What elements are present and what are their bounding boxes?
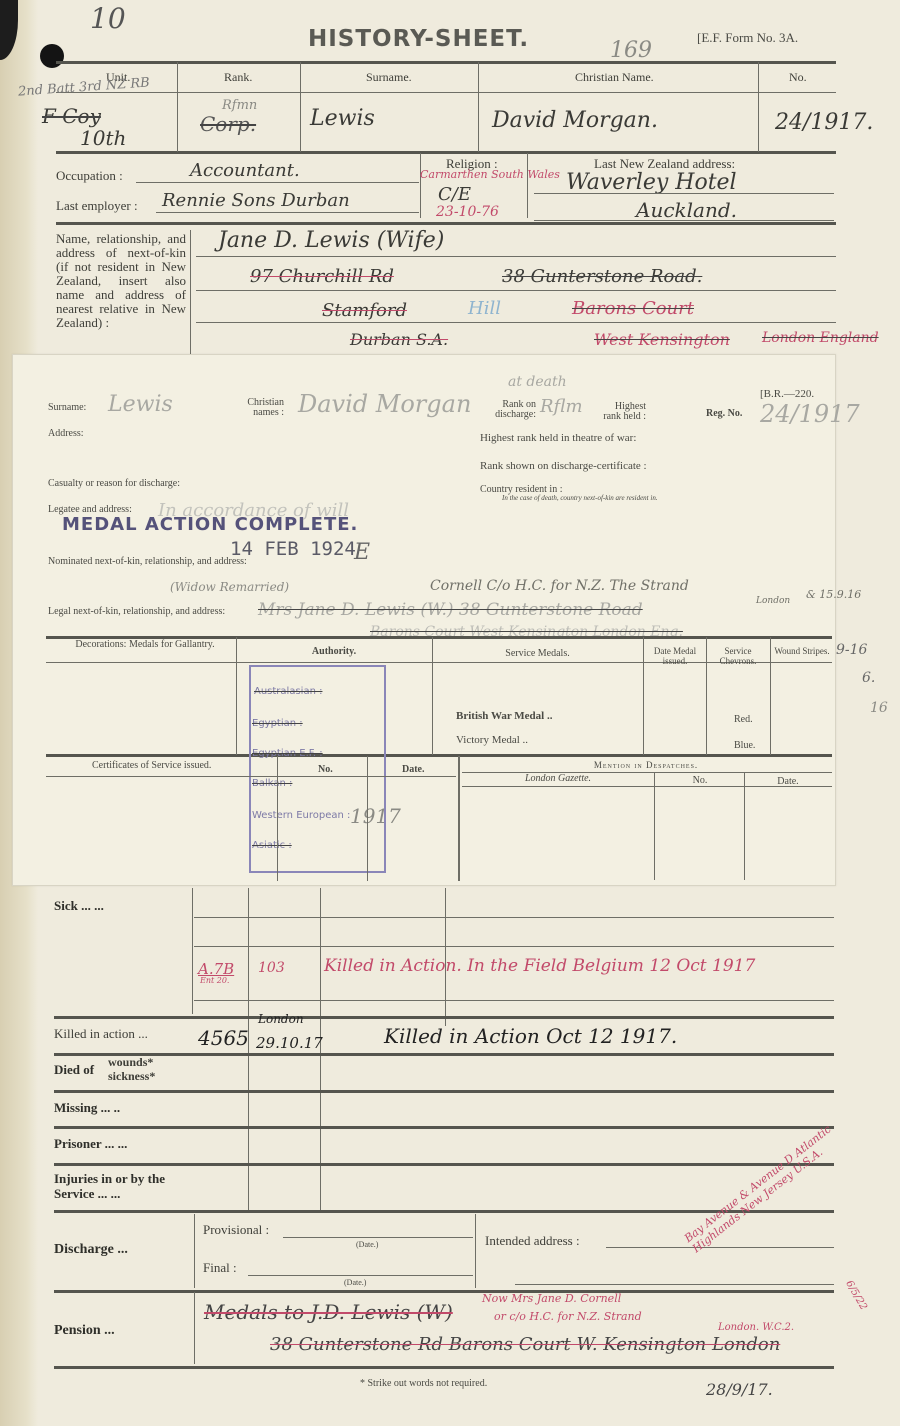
col-header-rank: Rank.: [224, 70, 252, 85]
divider: [56, 92, 836, 93]
field-underline: [283, 1237, 473, 1238]
divider: [194, 946, 834, 947]
next-of-kin-line4-new: West Kensington: [594, 330, 730, 349]
card-rank-value: Rflm: [540, 396, 583, 417]
legal-line-top: Cornell C/o H.C. for N.Z. The Strand: [430, 578, 689, 594]
sick-label: Sick ... ...: [54, 898, 104, 914]
pension-label: Pension ...: [54, 1323, 115, 1339]
divider: [462, 786, 832, 787]
provisional-label: Provisional :: [203, 1222, 269, 1238]
divider: [54, 1090, 834, 1093]
col-header-surname: Surname.: [366, 70, 412, 85]
brace: [194, 1292, 195, 1364]
card-nominated-label: Nominated next-of-kin, relationship, and…: [48, 556, 247, 567]
field-underline: [534, 220, 834, 221]
field-underline: [515, 1284, 834, 1285]
field-underline: [534, 193, 834, 194]
medal-victory: Victory Medal ..: [456, 734, 528, 746]
next-of-kin-line2-new: 38 Gunterstone Road.: [502, 266, 702, 287]
number-value: 24/1917.: [775, 110, 873, 135]
brace: [190, 230, 191, 354]
footnote: * Strike out words not required.: [360, 1378, 487, 1389]
medal-action-stamp: MEDAL ACTION COMPLETE.: [62, 514, 358, 535]
divider: [54, 1290, 834, 1293]
field-underline: [156, 212, 419, 213]
divider: [46, 776, 456, 777]
card-legal-label: Legal next-of-kin, relationship, and add…: [48, 606, 225, 617]
divider: [475, 1214, 476, 1288]
next-of-kin-line4-struck: Durban S.A.: [350, 330, 448, 349]
kia-ref: 4565: [198, 1026, 249, 1050]
col-chevrons: Service Chevrons.: [708, 646, 768, 666]
col-date-issued: Date Medal issued.: [645, 646, 705, 666]
card-reg-no-value: 24/1917: [760, 400, 860, 428]
page-title: HISTORY-SHEET.: [308, 26, 529, 52]
divider: [54, 1016, 834, 1019]
next-of-kin-line4-end: London England: [762, 330, 879, 346]
rank-struck: Corp.: [200, 112, 256, 136]
died-of-wounds: wounds*: [108, 1055, 153, 1070]
divider: [56, 61, 836, 64]
card-address-label: Address:: [48, 428, 84, 439]
authority-egyptian-ef: Egyptian E.F. :: [252, 748, 323, 759]
despatches-title: Mention in Despatches.: [460, 760, 832, 770]
injuries-label: Injuries in or by the Service ... ...: [54, 1171, 194, 1201]
card-reg-no-label: Reg. No.: [706, 408, 742, 419]
birth-date: 23-10-76: [436, 204, 499, 220]
col-cert-date: Date.: [402, 764, 425, 775]
next-of-kin-line2-struck: 97 Churchill Rd: [250, 266, 394, 287]
divider: [478, 62, 479, 152]
pension-line2: 38 Gunterstone Rd Barons Court W. Kensin…: [270, 1334, 780, 1355]
divider: [54, 1163, 834, 1166]
col-certificates: Certificates of Service issued.: [92, 760, 211, 771]
field-underline: [606, 1247, 834, 1248]
discharge-label: Discharge ...: [54, 1242, 128, 1258]
unit-value-2: 10th: [80, 126, 126, 150]
col-london-gazette: London Gazette.: [462, 773, 654, 784]
pension-line1: Medals to J.D. Lewis (W): [204, 1300, 453, 1324]
field-underline: [248, 1275, 473, 1276]
field-underline: [136, 182, 419, 183]
legal-date: & 15.9.16: [806, 588, 861, 601]
legal-line-top-2: London: [756, 596, 790, 606]
card-christian-value: David Morgan: [298, 390, 471, 418]
employer-value: Rennie Sons Durban: [162, 190, 350, 211]
prisoner-label: Prisoner ... ...: [54, 1136, 127, 1152]
form-number: [E.F. Form No. 3A.: [697, 30, 798, 46]
col-wound-stripes: Wound Stripes.: [772, 646, 832, 656]
next-of-kin-line3-blue: Hill: [468, 298, 501, 319]
next-of-kin-line3-struck: Stamford: [322, 300, 407, 321]
card-christian-label: Christian names :: [238, 398, 284, 418]
divider: [527, 153, 528, 218]
col-header-christian-name: Christian Name.: [575, 70, 654, 85]
authority-balkan: Balkan :: [252, 778, 292, 789]
sick-entry-no: 103: [258, 960, 285, 976]
col-authority: Authority.: [236, 646, 432, 657]
medal-british-war: British War Medal ..: [456, 710, 552, 722]
nz-address-line2: Auckland.: [636, 198, 737, 222]
missing-label: Missing ... ..: [54, 1100, 120, 1116]
divider: [54, 1366, 834, 1369]
sick-entry-text: Killed in Action. In the Field Belgium 1…: [324, 956, 755, 976]
pension-red-date: 6/5/22: [843, 1279, 869, 1312]
died-of-label: Died of: [54, 1062, 94, 1078]
stamp-initial: E: [354, 540, 370, 565]
divider: [194, 1000, 834, 1001]
killed-in-action-label: Killed in action ...: [54, 1026, 148, 1042]
col-header-no: No.: [789, 70, 807, 85]
authority-egyptian: Egyptian :: [252, 718, 303, 729]
authority-asiatic: Asiatic :: [252, 840, 292, 851]
next-of-kin-label: Name, relationship, and address of next-…: [56, 232, 186, 330]
divider: [643, 637, 644, 755]
margin-note-169: 169: [610, 38, 652, 63]
occupation-label: Occupation :: [56, 168, 123, 184]
field-underline: [196, 290, 836, 291]
nz-address-line1: Waverley Hotel: [566, 170, 737, 195]
intended-address-label: Intended address :: [485, 1233, 580, 1249]
divider: [770, 637, 771, 755]
divider: [744, 772, 745, 880]
divider: [420, 153, 421, 218]
medal-record-card: [12, 354, 836, 886]
authority-western-european: Western European :: [252, 810, 350, 821]
card-discharge-cert-label: Rank shown on discharge-certificate :: [480, 460, 647, 472]
unit-value: F Coy: [42, 104, 101, 128]
provisional-date-hint: (Date.): [356, 1240, 378, 1249]
next-of-kin-line1: Jane D. Lewis (Wife): [218, 228, 444, 253]
divider: [46, 754, 832, 757]
col-cert-no: No.: [318, 764, 333, 775]
card-theatre-label: Highest rank held in theatre of war:: [480, 432, 636, 444]
divider: [277, 756, 278, 881]
occupation-value: Accountant.: [190, 160, 300, 181]
brace: [194, 1214, 195, 1288]
divider: [56, 222, 836, 225]
card-casualty-label: Casualty or reason for discharge:: [48, 478, 180, 489]
field-underline: [196, 322, 836, 323]
side-note-2: 6.: [862, 670, 875, 686]
card-rank-note: at death: [508, 374, 567, 390]
western-european-value: 1917: [350, 804, 401, 828]
punch-hole: [40, 44, 64, 68]
pension-date: 28/9/17.: [706, 1380, 773, 1399]
divider: [654, 772, 655, 880]
next-of-kin-line3-new: Barons Court: [572, 298, 694, 319]
card-rank-discharge-label: Rank on discharge:: [478, 400, 536, 420]
card-country-sub: In the case of death, country next-of-ki…: [502, 494, 658, 502]
card-surname-value: Lewis: [108, 392, 173, 417]
divider: [194, 917, 834, 918]
divider: [758, 62, 759, 152]
pension-red-2: or c/o H.C. for N.Z. Strand: [494, 1310, 642, 1323]
sick-entry-sub: Ent 20.: [200, 976, 229, 985]
religion-value: C/E: [438, 184, 471, 205]
card-surname-label: Surname:: [48, 402, 86, 413]
rank-value: Rfmn: [222, 98, 257, 113]
birthplace-note: Carmarthen South Wales: [420, 168, 560, 181]
kia-place: London: [258, 1012, 304, 1026]
surname-value: Lewis: [310, 106, 375, 131]
kia-date: 29.10.17: [256, 1034, 323, 1052]
christian-name-value: David Morgan.: [492, 108, 658, 133]
divider: [458, 756, 460, 881]
history-sheet-page: 10 HISTORY-SHEET. 169 [E.F. Form No. 3A.…: [0, 0, 900, 1426]
side-note-1: 9-16: [836, 642, 867, 658]
divider: [706, 637, 707, 755]
chevron-blue: Blue.: [734, 740, 755, 751]
authority-australasian: Australasian :: [254, 686, 322, 697]
col-decorations: Decorations: Medals for Gallantry.: [60, 640, 230, 650]
legal-line1: Mrs Jane D. Lewis (W.) 38 Gunterstone Ro…: [258, 600, 643, 620]
employer-label: Last employer :: [56, 198, 138, 214]
field-underline: [196, 256, 836, 257]
divider: [367, 756, 368, 881]
pension-red-3: London. W.C.2.: [718, 1322, 794, 1333]
final-label: Final :: [203, 1260, 237, 1276]
chevron-red: Red.: [734, 714, 753, 725]
final-date-hint: (Date.): [344, 1278, 366, 1287]
card-form-ref: [B.R.—220.: [760, 388, 814, 400]
divider: [54, 1053, 834, 1056]
side-note-3: 16: [870, 700, 888, 716]
divider: [300, 62, 301, 152]
card-highest-rank-label: Highest rank held :: [598, 402, 646, 422]
died-of-sickness: sickness*: [108, 1069, 155, 1084]
margin-note-number: 10: [90, 2, 126, 35]
brace: [192, 888, 193, 1014]
pension-red-1: Now Mrs Jane D. Cornell: [482, 1292, 621, 1305]
kia-text: Killed in Action Oct 12 1917.: [384, 1024, 677, 1048]
divider: [177, 62, 178, 152]
stamp-date: 14 FEB 1924: [230, 538, 356, 560]
col-service-medals: Service Medals.: [432, 648, 643, 659]
col-despatch-no: No.: [656, 775, 744, 786]
divider: [54, 1126, 834, 1129]
widow-note: (Widow Remarried): [170, 580, 289, 594]
divider: [56, 151, 836, 154]
